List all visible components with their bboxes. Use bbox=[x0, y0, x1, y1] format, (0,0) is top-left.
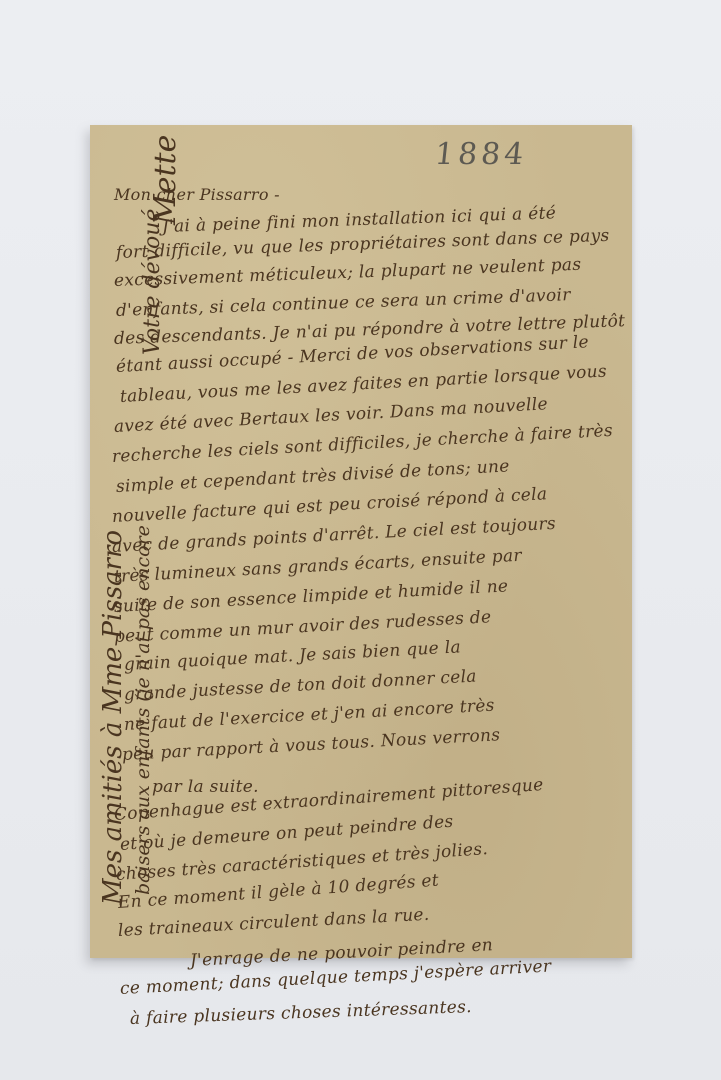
body-line: à faire plusieurs choses intéressantes. bbox=[130, 997, 473, 1029]
salutation: Mon cher Pissarro - bbox=[114, 185, 280, 204]
margin-signature: Mette bbox=[148, 135, 183, 225]
body-line: par la suite. bbox=[152, 777, 259, 797]
body-line: les traineaux circulent dans la rue. bbox=[117, 905, 430, 941]
margin-note: baisers aux enfants (je n'ai pas encore bbox=[132, 525, 154, 895]
letter-body: Mon cher Pissarro - J'ai à peine fini mo… bbox=[90, 125, 632, 958]
margin-note: Mes amitiés à Mme Pissarro bbox=[98, 530, 128, 905]
letter-page: 1884 Mon cher Pissarro - J'ai à peine fi… bbox=[90, 125, 632, 958]
margin-signoff: Votre dévoué bbox=[140, 209, 165, 355]
